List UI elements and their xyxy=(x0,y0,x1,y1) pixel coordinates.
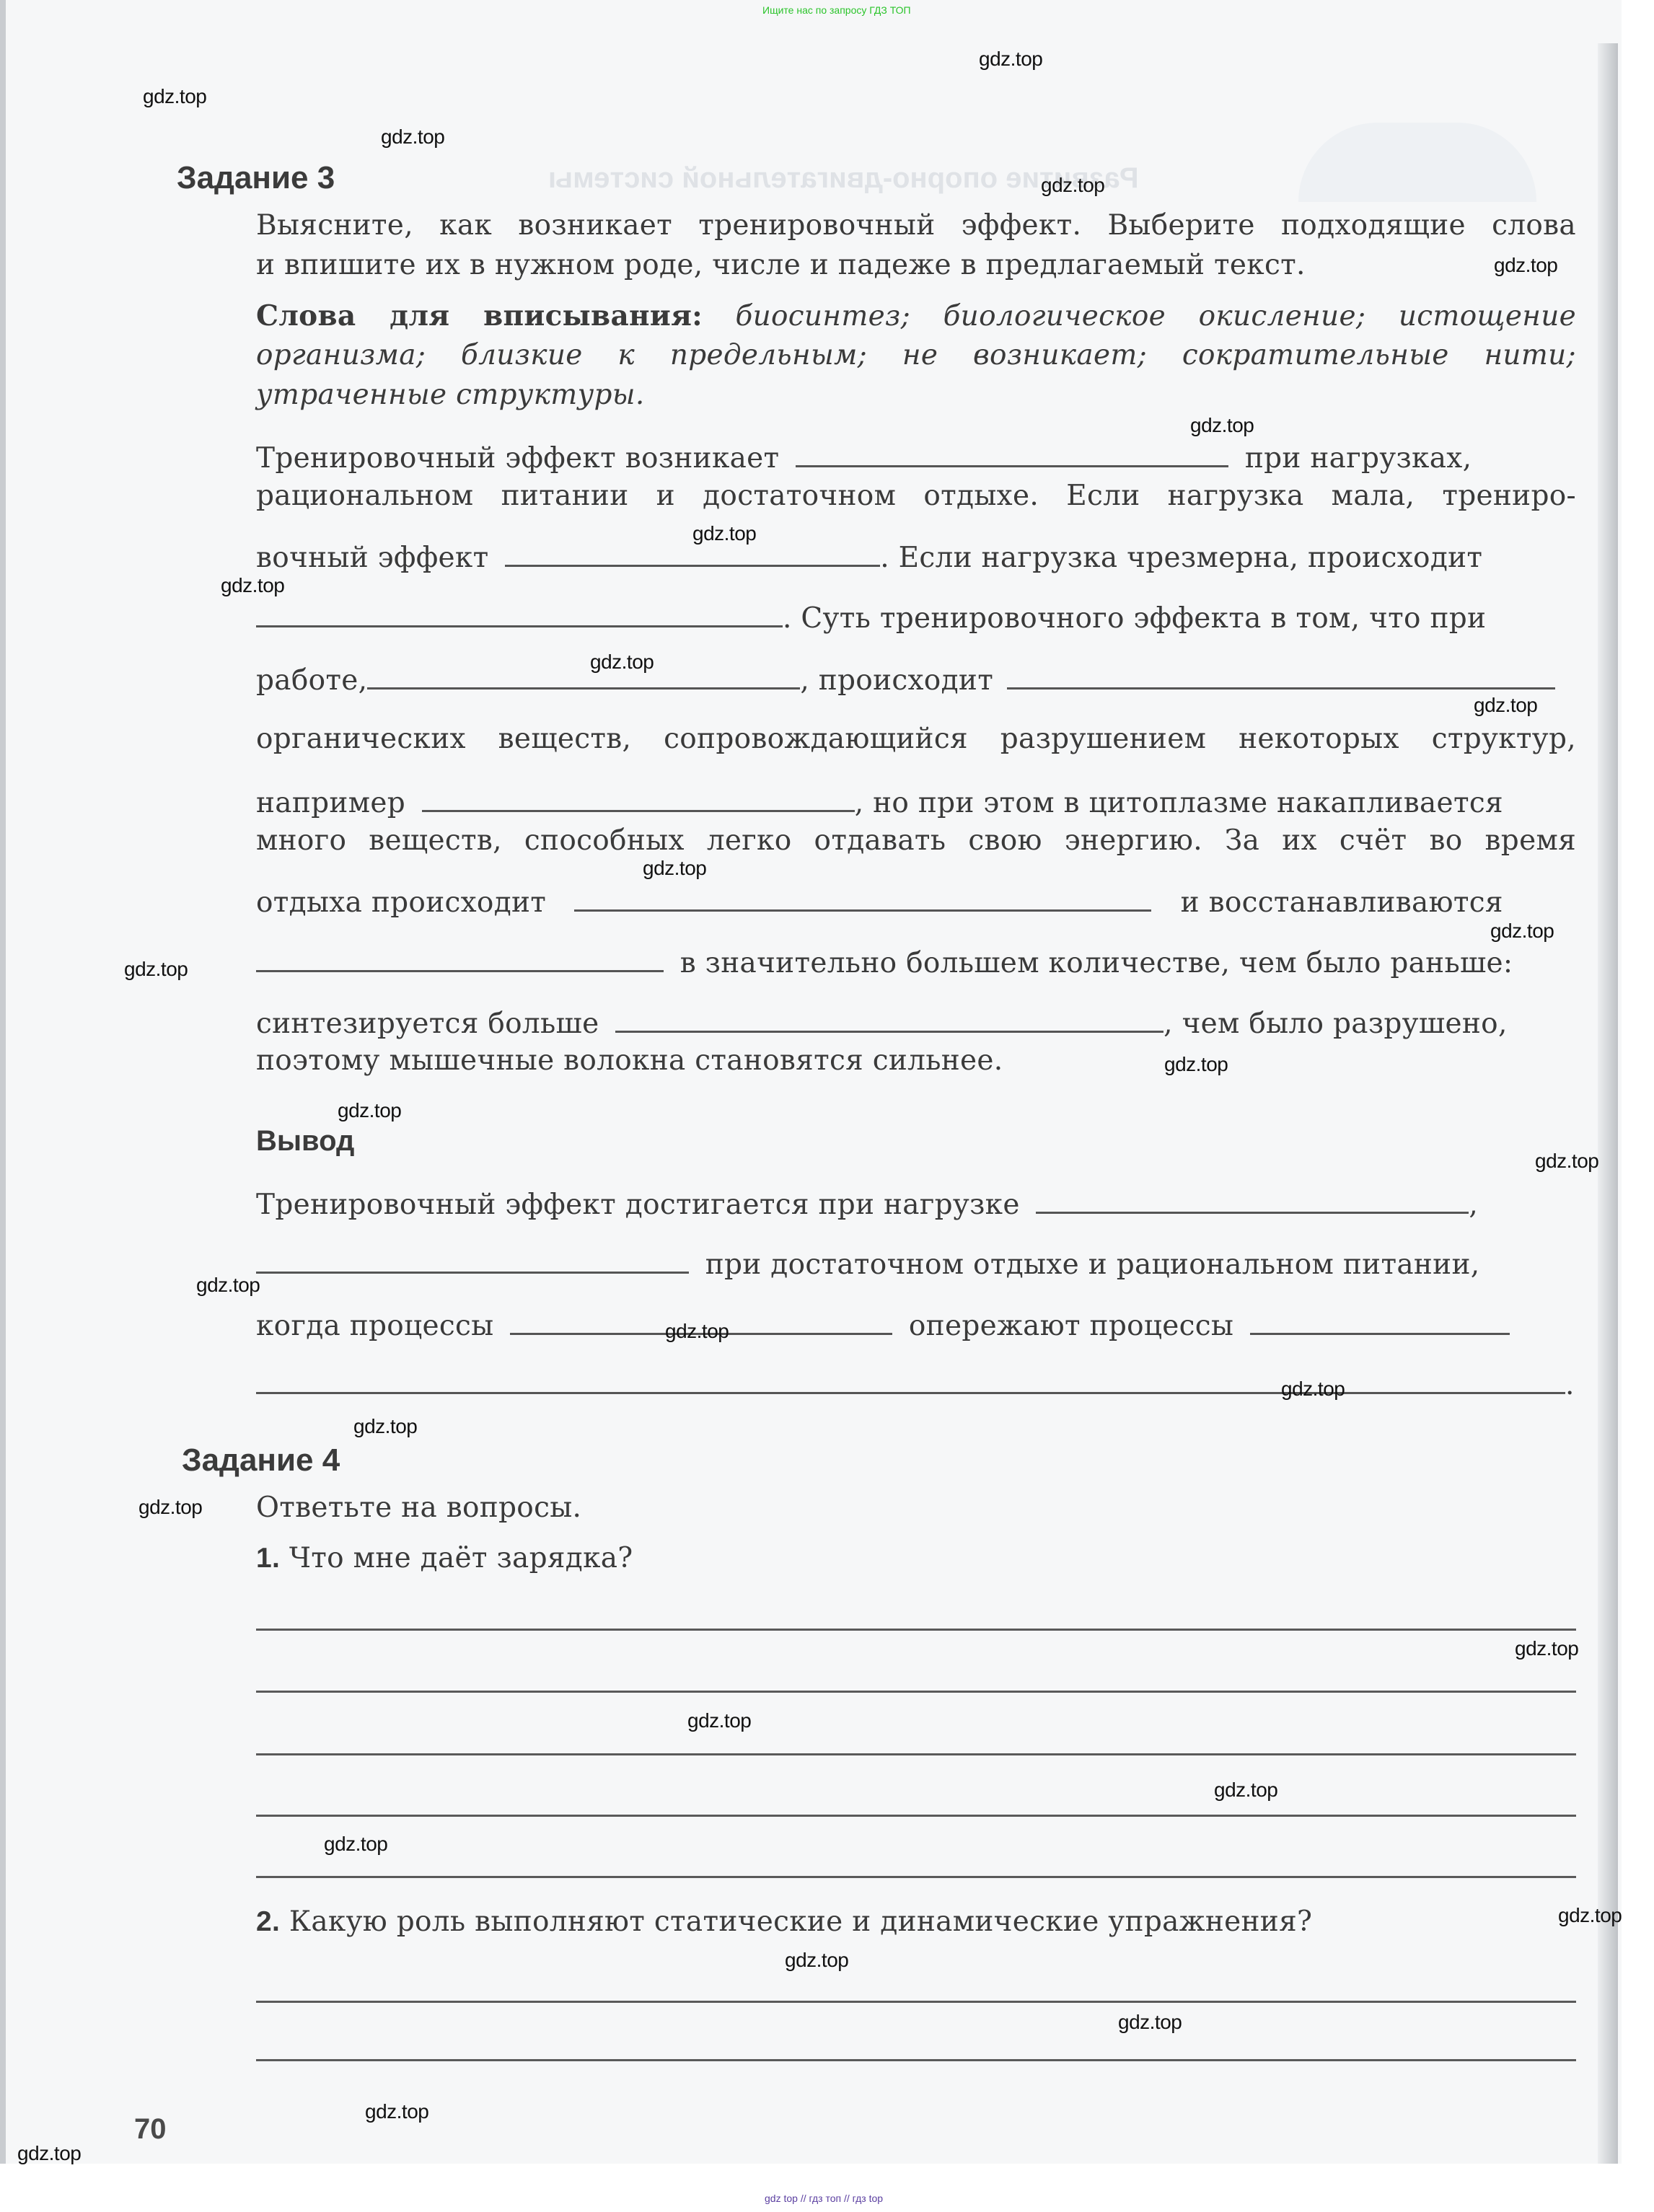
conclusion-title: Вывод xyxy=(256,1125,354,1158)
answer-line[interactable] xyxy=(256,2059,1576,2061)
watermark: gdz.top xyxy=(353,1415,417,1438)
watermark: gdz.top xyxy=(785,1949,848,1972)
text-line-8: много веществ, способных легко отдавать … xyxy=(256,824,1576,857)
watermark: gdz.top xyxy=(196,1274,260,1297)
watermark: gdz.top xyxy=(1490,920,1554,943)
text-fragment: . Если нагрузка чрезмерна, происходит xyxy=(880,542,1482,574)
text-fragment: , чем было разрушено, xyxy=(1163,1008,1507,1040)
question-text: Какую роль выполняют статические и динам… xyxy=(289,1905,1312,1938)
blank-field-5[interactable] xyxy=(1007,662,1555,689)
conclusion-blank-4[interactable] xyxy=(1250,1308,1510,1335)
word-bank-line1: Слова для вписывания: биосинтез; биологи… xyxy=(256,299,1576,332)
watermark: gdz.top xyxy=(1558,1904,1622,1927)
text-fragment: Тренировочный эффект возникает xyxy=(256,442,779,475)
blank-field-7[interactable] xyxy=(574,884,1151,912)
conclusion-blank-2[interactable] xyxy=(256,1246,689,1274)
top-banner: Ищите нас по запросу ГДЗ ТОП xyxy=(762,4,911,16)
word-bank-words: биосинтез; биологическое окисление; исто… xyxy=(735,300,1576,332)
page-edge-shadow xyxy=(1598,43,1618,2164)
watermark: gdz.top xyxy=(1214,1779,1277,1802)
task4-instruction: Ответьте на вопросы. xyxy=(256,1491,1576,1524)
watermark: gdz.top xyxy=(1164,1053,1228,1076)
watermark: gdz.top xyxy=(324,1833,387,1856)
text-line-10: в значительно большем количестве, чем бы… xyxy=(256,945,1576,979)
question-number: 2. xyxy=(256,1906,280,1937)
text-fragment: и восстанавливаются xyxy=(1181,886,1503,919)
blank-field-1[interactable] xyxy=(796,440,1228,467)
text-fragment: , но при этом в цитоплазме накапливается xyxy=(855,787,1503,819)
text-line-2: рациональном питании и достаточном отдых… xyxy=(256,480,1576,512)
conclusion-line-3: когда процессы опережают процессы xyxy=(256,1308,1576,1342)
word-bank-line2: организма; близкие к предельным; не возн… xyxy=(256,339,1576,371)
question-1: 1. Что мне даёт зарядка? xyxy=(256,1542,1576,1574)
word-bank-line3: утраченные структуры. xyxy=(256,379,1576,411)
text-fragment: . xyxy=(1565,1369,1575,1401)
watermark: gdz.top xyxy=(365,2100,428,2123)
watermark: gdz.top xyxy=(124,958,188,981)
question-number: 1. xyxy=(256,1543,280,1574)
watermark: gdz.top xyxy=(17,2142,81,2165)
answer-line[interactable] xyxy=(256,1629,1576,1631)
text-fragment: например xyxy=(256,787,405,819)
blank-field-3[interactable] xyxy=(256,600,783,627)
conclusion-line-2: при достаточном отдыхе и рациональном пи… xyxy=(256,1246,1576,1281)
text-fragment: в значительно большем количестве, чем бы… xyxy=(680,947,1513,979)
page-number: 70 xyxy=(134,2113,167,2146)
answer-line[interactable] xyxy=(256,1753,1576,1755)
watermark: gdz.top xyxy=(221,574,284,597)
text-fragment: , происходит xyxy=(800,664,993,697)
blank-field-4[interactable] xyxy=(367,662,800,689)
text-fragment: отдыха происходит xyxy=(256,886,546,919)
text-line-7: например , но при этом в цитоплазме нака… xyxy=(256,785,1576,819)
text-fragment: при нагрузках, xyxy=(1245,442,1472,475)
watermark: gdz.top xyxy=(1474,694,1537,717)
text-line-12: поэтому мышечные волокна становятся силь… xyxy=(256,1044,1576,1077)
blank-field-9[interactable] xyxy=(615,1005,1163,1033)
question-2: 2. Какую роль выполняют статические и ди… xyxy=(256,1905,1576,1938)
watermark: gdz.top xyxy=(1494,254,1557,277)
conclusion-blank-1[interactable] xyxy=(1036,1186,1469,1214)
watermark: gdz.top xyxy=(590,651,654,674)
blank-field-6[interactable] xyxy=(422,785,855,812)
text-line-5: работе,, происходит xyxy=(256,662,1576,697)
text-fragment: когда процессы xyxy=(256,1310,493,1342)
answer-line[interactable] xyxy=(256,2001,1576,2003)
blank-field-8[interactable] xyxy=(256,945,664,972)
watermark: gdz.top xyxy=(1190,414,1254,437)
watermark: gdz.top xyxy=(1281,1378,1345,1401)
watermark: gdz.top xyxy=(143,85,206,108)
watermark: gdz.top xyxy=(1118,2011,1182,2034)
answer-line[interactable] xyxy=(256,1876,1576,1878)
watermark: gdz.top xyxy=(338,1099,401,1122)
text-line-11: синтезируется больше , чем было разрушен… xyxy=(256,1005,1576,1040)
text-line-4: . Суть тренировочного эффекта в том, что… xyxy=(256,600,1576,635)
conclusion-line-4: . xyxy=(256,1367,1576,1401)
watermark: gdz.top xyxy=(665,1320,729,1343)
conclusion-line-1: Тренировочный эффект достигается при наг… xyxy=(256,1186,1576,1221)
watermark: gdz.top xyxy=(692,522,756,545)
watermark: gdz.top xyxy=(979,48,1042,71)
text-fragment: вочный эффект xyxy=(256,542,488,574)
task3-title: Задание 3 xyxy=(177,160,335,196)
text-line-6: органических веществ, сопровождающийся р… xyxy=(256,723,1576,755)
word-bank-label: Слова для вписывания: xyxy=(256,299,703,332)
text-fragment: опережают процессы xyxy=(909,1310,1233,1342)
watermark: gdz.top xyxy=(138,1496,202,1519)
watermark: gdz.top xyxy=(1041,174,1104,197)
text-fragment: синтезируется больше xyxy=(256,1008,599,1040)
watermark: gdz.top xyxy=(1515,1637,1578,1660)
conclusion-blank-5[interactable] xyxy=(256,1367,1565,1394)
watermark: gdz.top xyxy=(1535,1150,1598,1173)
text-line-1: Тренировочный эффект возникает при нагру… xyxy=(256,440,1576,475)
watermark: gdz.top xyxy=(643,857,706,880)
task3-instruction-line1: Выясните, как возникает тренировочный эф… xyxy=(256,209,1576,242)
text-fragment: при достаточном отдыхе и рациональном пи… xyxy=(705,1248,1480,1281)
answer-line[interactable] xyxy=(256,1815,1576,1817)
text-line-9: отдыха происходит и восстанавливаются xyxy=(256,884,1576,919)
question-text: Что мне даёт зарядка? xyxy=(289,1542,633,1574)
task4-title: Задание 4 xyxy=(182,1442,340,1479)
watermark: gdz.top xyxy=(381,125,444,149)
bottom-banner: gdz top // гдз топ // гдз top xyxy=(765,2193,883,2204)
watermark: gdz.top xyxy=(687,1709,751,1732)
task3-instruction-line2: и впишите их в нужном роде, числе и паде… xyxy=(256,249,1576,281)
text-fragment: , xyxy=(1469,1189,1478,1221)
text-fragment: работе, xyxy=(256,664,367,697)
text-fragment: . Суть тренировочного эффекта в том, что… xyxy=(783,602,1486,635)
text-fragment: Тренировочный эффект достигается при наг… xyxy=(256,1189,1020,1221)
text-line-3: вочный эффект . Если нагрузка чрезмерна,… xyxy=(256,539,1576,574)
answer-line[interactable] xyxy=(256,1691,1576,1693)
